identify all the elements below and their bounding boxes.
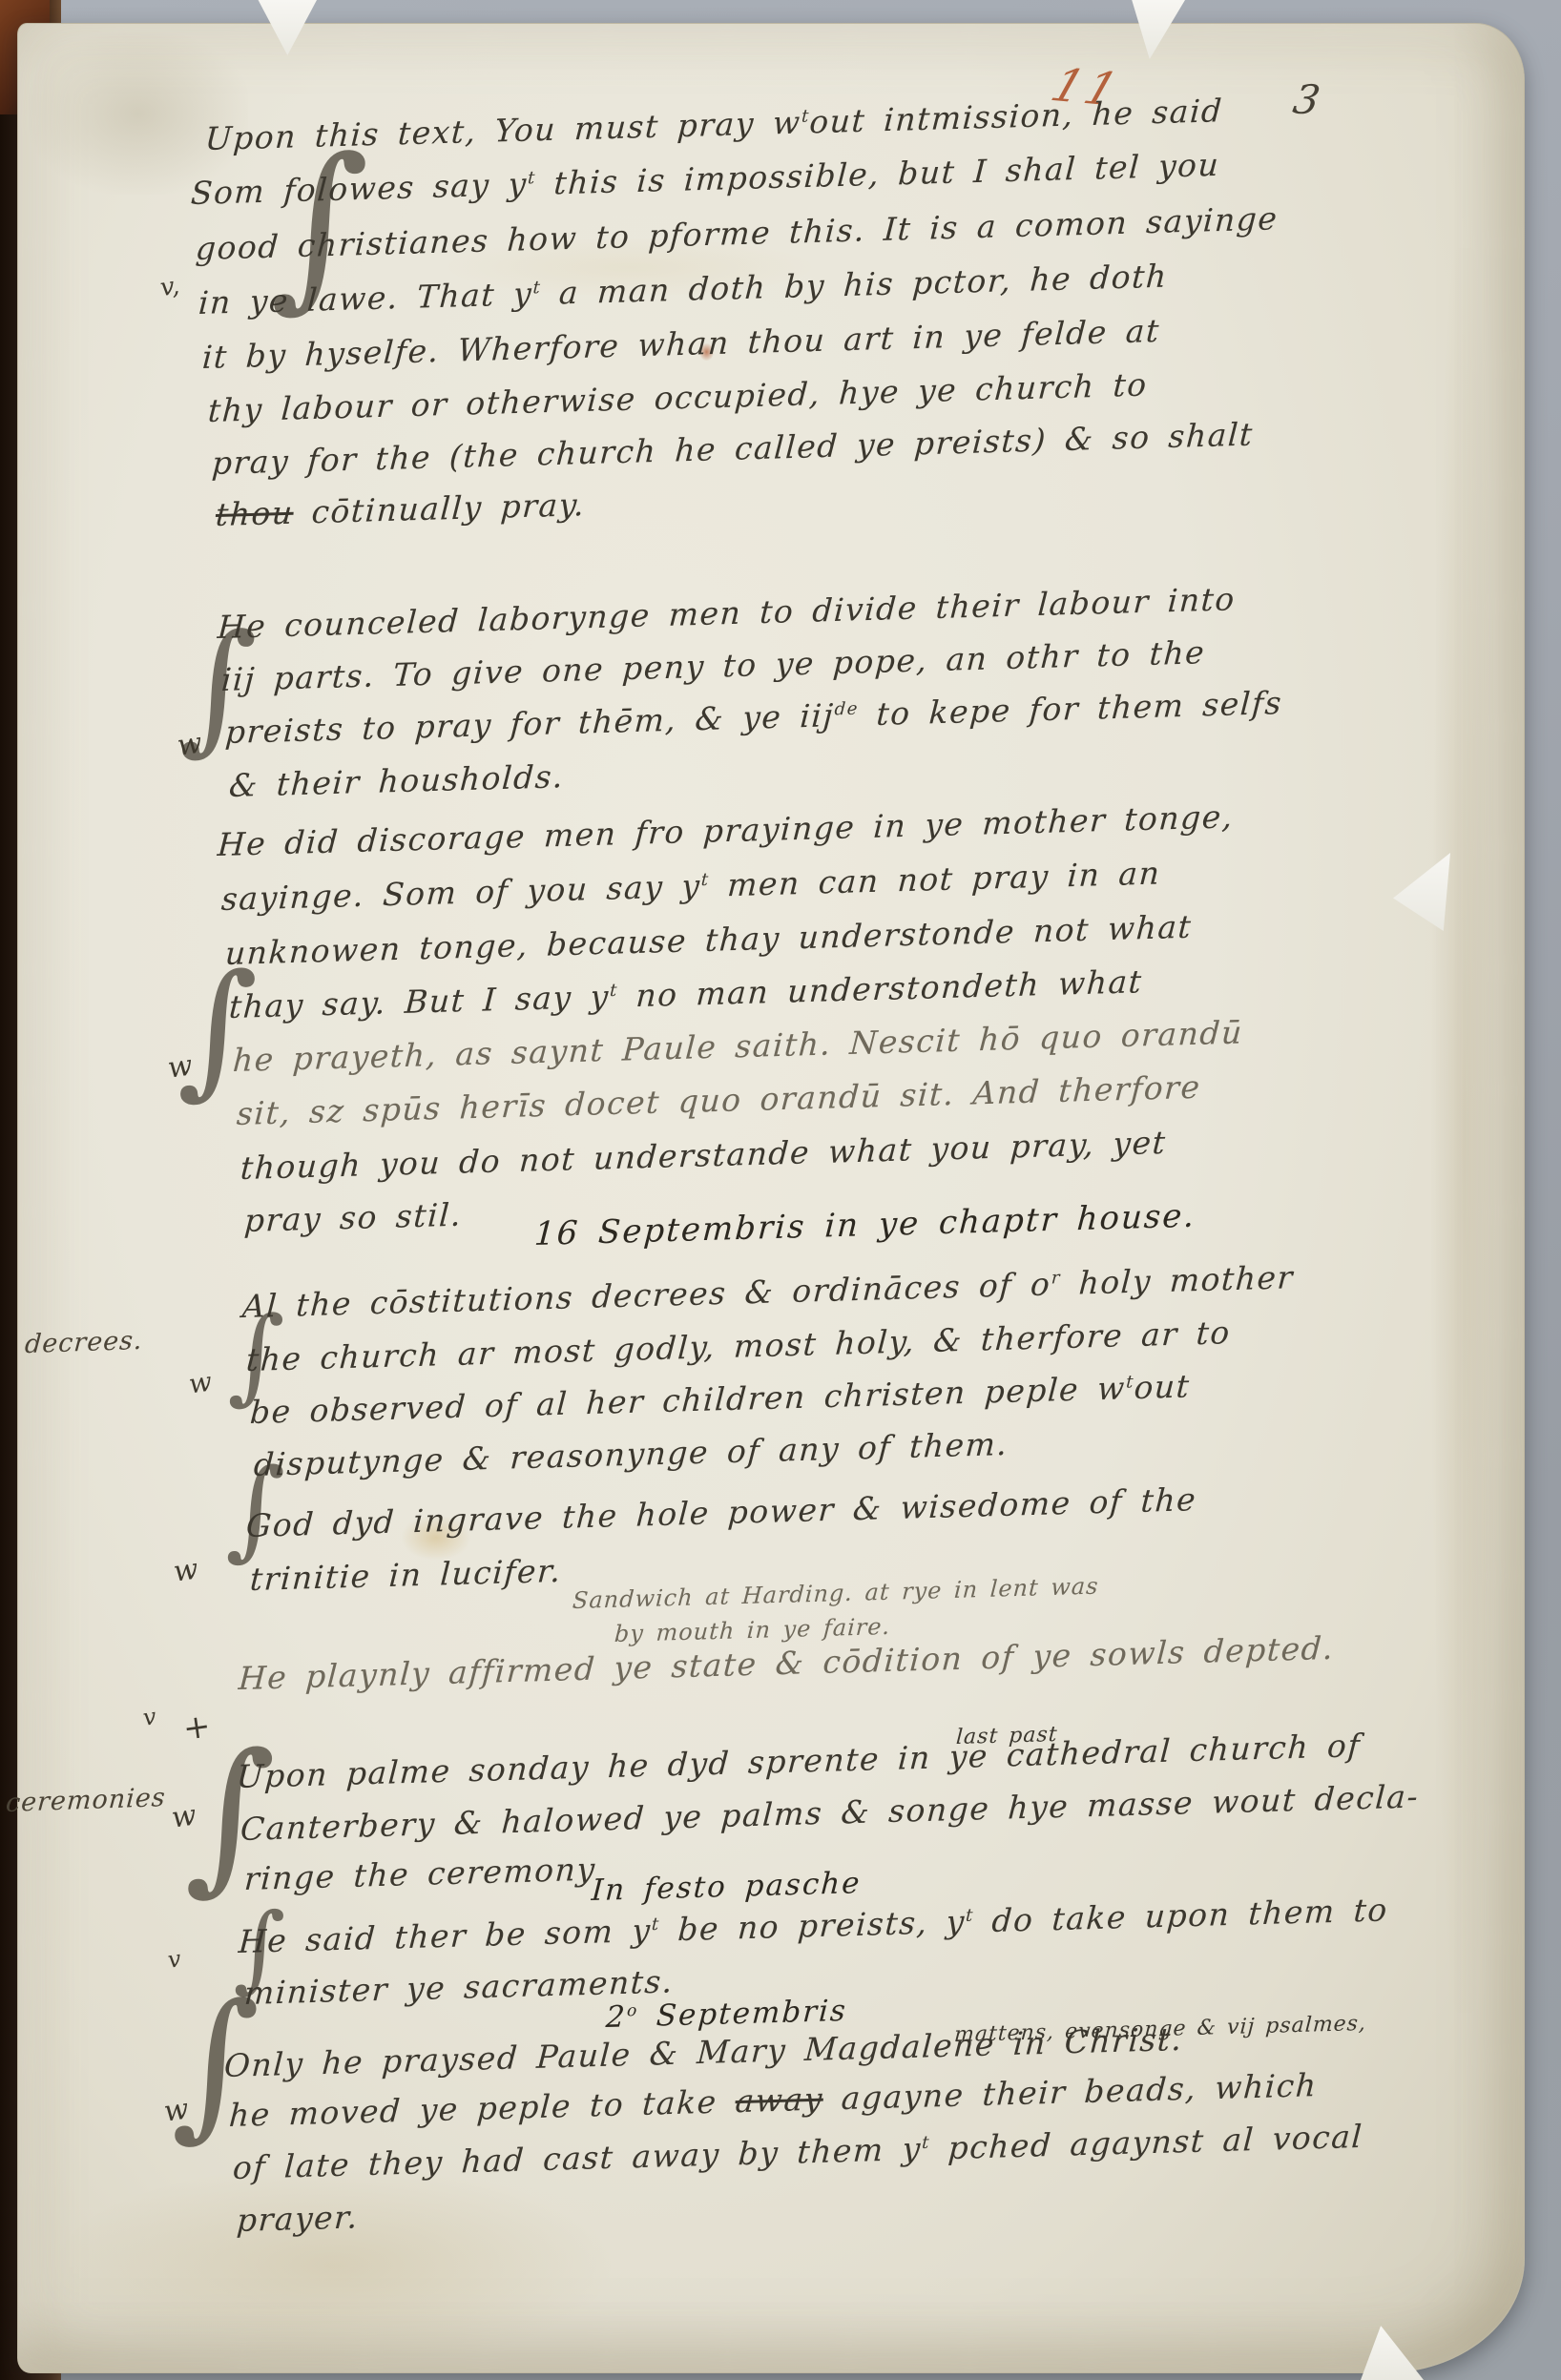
text-segment: out: [1133, 1367, 1191, 1406]
text-line: 2o Septembris: [605, 1995, 848, 2034]
text-segment-strike: away: [734, 2080, 824, 2121]
margin-tick-mark: v: [141, 1705, 157, 1729]
margin-note-ceremonies: ceremonies: [5, 1783, 167, 1818]
margin-tick-mark: w: [172, 1555, 200, 1586]
text-segment: 2: [605, 1999, 628, 2035]
text-segment: prayer.: [236, 2198, 360, 2239]
text-segment: pray so stil.: [243, 1196, 464, 1239]
text-segment-strike: thou: [215, 494, 295, 533]
margin-tick-mark: w: [162, 2095, 191, 2126]
margin-tick-mark: w: [170, 1801, 198, 1832]
text-line: pray so stil.: [243, 1198, 463, 1239]
margin-tick-mark: w: [187, 1368, 214, 1397]
text-line: In festo pasche: [591, 1867, 863, 1907]
margin-note-decrees: decrees.: [24, 1326, 144, 1359]
text-segment: Septembris: [637, 1994, 848, 2034]
margin-tick-mark: w: [176, 729, 204, 760]
margin-tick-mark: v: [166, 1947, 182, 1972]
manuscript-photo: 11 3 decrees. ceremonies ∫∫∫∫∫∫∫∫ v,wwww…: [0, 0, 1561, 2380]
text-segment-sup: de: [834, 699, 860, 720]
margin-tick-mark: w: [166, 1051, 195, 1083]
margin-tick-mark: v,: [158, 274, 180, 301]
text-line: prayer.: [236, 2200, 360, 2238]
margin-tick-mark: +: [181, 1709, 213, 1746]
text-segment: holy mother: [1059, 1258, 1295, 1302]
